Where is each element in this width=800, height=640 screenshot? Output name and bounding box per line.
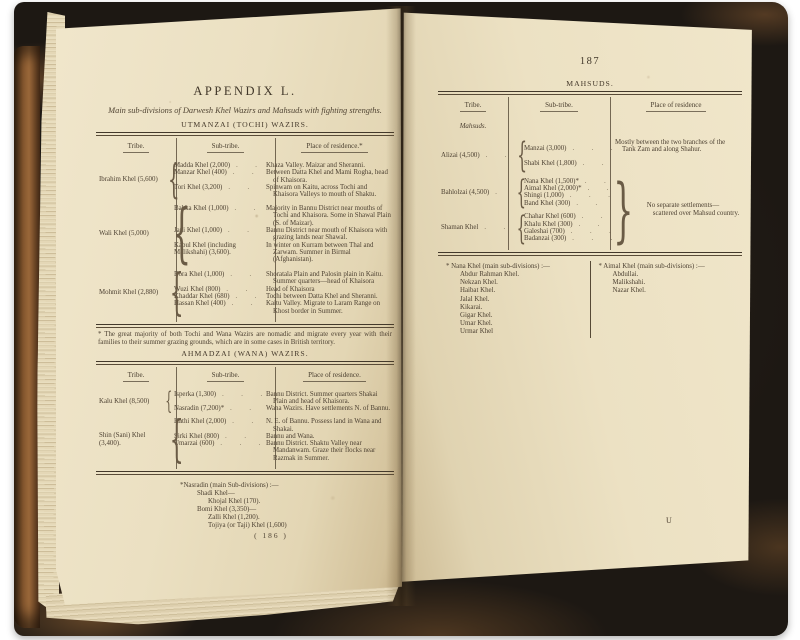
header-cell: Place of residence bbox=[610, 101, 742, 112]
footnote-title: * Nana Khel (main sub-divisions) :— bbox=[446, 263, 590, 271]
appendix-title: APPENDIX L. bbox=[96, 84, 394, 99]
header-label: Place of residence bbox=[646, 101, 707, 112]
footnote-item: Kikarai. bbox=[446, 304, 590, 312]
place-cell: Between Datta Khel and Mami Rogha, head … bbox=[264, 169, 394, 184]
table-title-utmanzai: UTMANZAI (TOCHI) WAZIRS. bbox=[96, 120, 394, 129]
table-title-ahmadzai: AHMADZAI (WANA) WAZIRS. bbox=[96, 349, 394, 358]
leader-dots bbox=[577, 160, 613, 167]
leader-dots bbox=[224, 271, 262, 278]
ahmadzai-table: Tribe.Sub-tribe.Place of residence.Kalu … bbox=[96, 361, 394, 475]
sub-tribe-name: Aimal Khel (2,000)* bbox=[524, 185, 582, 192]
header-label: Place of residence.* bbox=[301, 142, 367, 153]
family-label-row: Mahsuds. bbox=[438, 123, 742, 130]
place-cell: Bannu District. Summer quarters Shakai P… bbox=[264, 391, 394, 406]
place-cell: Head of Khaisora bbox=[264, 286, 394, 293]
brace-decoration: { bbox=[161, 202, 172, 267]
left-page-number: ( 186 ) bbox=[180, 532, 362, 540]
opening-brace: { bbox=[517, 212, 526, 244]
table-bottom-rule bbox=[96, 471, 394, 475]
mahsuds-table: Tribe.Sub-tribe.Place of residenceMahsud… bbox=[438, 91, 742, 256]
leader-dots bbox=[220, 286, 262, 293]
table-row: Nana Khel (1,500)* bbox=[522, 178, 613, 185]
right-page-content: 187 MAHSUDS. Tribe.Sub-tribe.Place of re… bbox=[438, 56, 742, 338]
signature-mark: U bbox=[666, 516, 672, 525]
sub-tribe-name: Khalu Khel (300) bbox=[524, 221, 573, 228]
table-row: Shingi (1,000) bbox=[522, 192, 613, 199]
header-cell: Place of residence.* bbox=[275, 142, 394, 153]
sub-tribe-cell: Isperka (1,300) bbox=[172, 391, 264, 406]
sub-tribe-cell: Sirki Khel (800) bbox=[172, 433, 264, 440]
table-header-row: Tribe.Sub-tribe.Place of residence.* bbox=[96, 138, 394, 157]
inter-table-footnote: * The great majority of both Tochi and W… bbox=[98, 331, 392, 346]
tribe-cell: Wali Khel (5,000) bbox=[96, 202, 161, 267]
table-row: Isperka (1,300)Bannu District. Summer qu… bbox=[172, 391, 394, 406]
table-row: Bakka Khel (1,000)Majority in Bannu Dist… bbox=[172, 205, 394, 227]
leader-dots bbox=[226, 418, 262, 425]
tribe-label: Shaman Khel bbox=[441, 224, 478, 232]
sub-tribe-name: Chahar Khel (600) bbox=[524, 213, 576, 220]
sub-tribe-rows: Manzai (3,000)Shabi Khel (1,800) bbox=[522, 139, 613, 174]
left-page: APPENDIX L. Main sub-divisions of Darwes… bbox=[56, 6, 402, 606]
leader-dots bbox=[230, 293, 263, 300]
table-row: Manzar Khel (400)Between Datta Khel and … bbox=[172, 169, 394, 184]
tribe-cell: Alizai (4,500) bbox=[438, 139, 511, 174]
header-label: Sub-tribe. bbox=[207, 371, 245, 382]
tribe-group: Kalu Khel (8,500){Isperka (1,300)Bannu D… bbox=[96, 389, 394, 414]
header-cell: Place of residence. bbox=[275, 371, 394, 382]
sub-tribe-name: Badanzai (300) bbox=[524, 235, 566, 242]
table-row: Khalu Khel (300) bbox=[522, 221, 613, 228]
place-cell: In winter on Kurram between Thal and Zar… bbox=[264, 242, 394, 264]
sub-tribe-rows: Hathi Khel (2,000)N. E. of Bannu. Posses… bbox=[172, 415, 394, 464]
tribe-cell: Shaman Khel bbox=[438, 212, 511, 244]
table-top-rule bbox=[438, 91, 742, 95]
opening-brace: { bbox=[170, 415, 184, 464]
family-label: Mahsuds. bbox=[438, 123, 508, 130]
header-label: Tribe. bbox=[123, 371, 150, 382]
tribe-label: Shin (Sani) Khel (3,400). bbox=[99, 432, 161, 448]
table-row: Galeshai (700) bbox=[522, 228, 613, 235]
table-top-rule bbox=[96, 132, 394, 136]
leader-dots bbox=[222, 227, 262, 234]
table-bottom-rule bbox=[438, 252, 742, 256]
footnote-item: Bomi Khel (3,350)— bbox=[180, 506, 362, 514]
brace-decoration: { bbox=[511, 212, 522, 244]
table-row: Chahar Khel (600) bbox=[522, 213, 613, 220]
brace-decoration: { bbox=[511, 176, 522, 208]
tribe-cell: Bahlolzai (4,500) bbox=[438, 176, 511, 208]
tribe-group: Shin (Sani) Khel (3,400).{Hathi Khel (2,… bbox=[96, 415, 394, 464]
sub-tribe-name: Madda Khel (2,000) bbox=[174, 162, 230, 169]
spine-leather bbox=[14, 46, 40, 628]
table-row: Hathi Khel (2,000)N. E. of Bannu. Posses… bbox=[172, 418, 394, 433]
footnote-item: Abdullai. bbox=[599, 271, 743, 279]
table-header-row: Tribe.Sub-tribe.Place of residence. bbox=[96, 367, 394, 386]
leader-dots bbox=[226, 300, 262, 307]
place-cell: Tochi between Datta Khel and Sheranni. bbox=[264, 293, 394, 300]
table-grid: Tribe.Sub-tribe.Place of residenceMahsud… bbox=[438, 97, 742, 250]
table-row: Sirki Khel (800)Bannu and Wana. bbox=[172, 433, 394, 440]
header-cell: Sub-tribe. bbox=[176, 142, 275, 153]
table-row: Umarzai (600)Bannu District. Shaktu Vall… bbox=[172, 440, 394, 462]
shared-place-group: }No separate settlements—scattered over … bbox=[601, 177, 742, 244]
tribe-group: Ibrahim Khel (5,600){Madda Khel (2,000)K… bbox=[96, 160, 394, 200]
leader-dots bbox=[478, 224, 511, 231]
header-label: Sub-tribe. bbox=[540, 101, 578, 112]
tribe-group: Mohmit Khel (2,880){Bora Khel (1,000)Sho… bbox=[96, 268, 394, 317]
table-row: Shabi Khel (1,800) bbox=[522, 160, 613, 167]
header-label: Place of residence. bbox=[303, 371, 366, 382]
footnote-item: Urmar Khel bbox=[446, 328, 590, 336]
shared-place-cell: No separate settlements—scattered over M… bbox=[646, 202, 742, 217]
photo-background: APPENDIX L. Main sub-divisions of Darwes… bbox=[0, 0, 800, 640]
subtitle-text: Main sub-divisions of Darwesh Khel Wazir… bbox=[96, 105, 394, 116]
footnote-item: Tojiya (or Taji) Khel (1,600) bbox=[180, 522, 362, 530]
utmanzai-table: Tribe.Sub-tribe.Place of residence.*Ibra… bbox=[96, 132, 394, 328]
sub-tribe-cell: Hassan Khel (400) bbox=[172, 300, 264, 315]
sub-tribe-rows: Bora Khel (1,000)Shoratala Plain and Pal… bbox=[172, 268, 394, 317]
place-cell: Mostly between the two branches of the T… bbox=[613, 139, 742, 154]
table-row: Aimal Khel (2,000)* bbox=[522, 185, 613, 192]
sub-tribe-name: Nana Khel (1,500)* bbox=[524, 178, 579, 185]
footnote-item: Nekzan Khel. bbox=[446, 279, 590, 287]
table-row: Bora Khel (1,000)Shoratala Plain and Pal… bbox=[172, 271, 394, 286]
sub-tribe-cell: Hathi Khel (2,000) bbox=[172, 418, 264, 433]
brace-decoration: { bbox=[161, 160, 172, 200]
header-cell: Tribe. bbox=[438, 101, 508, 112]
sub-tribe-rows: Nana Khel (1,500)*Aimal Khel (2,000)*Shi… bbox=[522, 176, 613, 208]
footnote-item: Nazar Khel. bbox=[599, 287, 743, 295]
sub-tribe-cell: Nasradin (7,200)* bbox=[172, 405, 264, 412]
footnote-item: Haibat Khel. bbox=[446, 287, 590, 295]
table-row: Khaddar Khel (680)Tochi between Datta Kh… bbox=[172, 293, 394, 300]
tribe-cell: Mohmit Khel (2,880) bbox=[96, 268, 161, 317]
place-cell: Wana Wazirs. Have settlements N. of Bann… bbox=[264, 405, 394, 412]
place-cell: Bannu District. Shaktu Valley near Manda… bbox=[264, 440, 394, 462]
tribe-label: Bahlolzai (4,500) bbox=[441, 189, 489, 197]
table-body: Ibrahim Khel (5,600){Madda Khel (2,000)K… bbox=[96, 157, 394, 323]
opening-brace: { bbox=[517, 139, 527, 174]
tribe-label: Alizai (4,500) bbox=[441, 152, 480, 160]
sub-tribe-cell: Madda Khel (2,000) bbox=[172, 162, 264, 169]
sub-tribe-name: Manzai (3,000) bbox=[524, 145, 566, 152]
right-page-number: 187 bbox=[438, 56, 742, 67]
brace-decoration: { bbox=[161, 415, 172, 464]
leader-dots bbox=[229, 205, 262, 212]
leader-dots bbox=[219, 433, 262, 440]
sub-tribe-cell: Bora Khel (1,000) bbox=[172, 271, 264, 286]
left-page-content: APPENDIX L. Main sub-divisions of Darwes… bbox=[96, 84, 394, 540]
footnote-item: Gigar Khel. bbox=[446, 312, 590, 320]
table-row: Band Khel (300) bbox=[522, 200, 613, 207]
table-row: Tori Khel (3,200)Spinwam on Kaitu, acros… bbox=[172, 184, 394, 199]
footnote-item: Jalal Khel. bbox=[446, 296, 590, 304]
closing-brace: } bbox=[613, 175, 633, 245]
leader-dots bbox=[224, 405, 262, 412]
sub-tribe-rows: Chahar Khel (600)Khalu Khel (300)Galesha… bbox=[522, 212, 613, 244]
tribe-label: Kalu Khel (8,500) bbox=[99, 398, 149, 406]
table-row: Kabul Khel (including Malikshahi) (3,600… bbox=[172, 242, 394, 264]
table-body: Kalu Khel (8,500){Isperka (1,300)Bannu D… bbox=[96, 386, 394, 469]
place-cell: Khaza Valley. Maizar and Sheranni. bbox=[264, 162, 394, 169]
header-cell: Sub-tribe. bbox=[176, 371, 275, 382]
place-cell: Kaitu Valley. Migrate to Laram Range on … bbox=[264, 300, 394, 315]
nasradin-footnote: *Nasradin (main Sub-divisions) :— Shadi … bbox=[180, 482, 362, 539]
leader-dots bbox=[230, 162, 262, 169]
header-cell: Tribe. bbox=[96, 371, 176, 382]
sub-tribe-cell: Khaddar Khel (680) bbox=[172, 293, 264, 300]
table-row: Hassan Khel (400)Kaitu Valley. Migrate t… bbox=[172, 300, 394, 315]
place-cell: Bannu and Wana. bbox=[264, 433, 394, 440]
brace-decoration: { bbox=[161, 268, 172, 317]
sub-tribe-cell: Manzar Khel (400) bbox=[172, 169, 264, 184]
table-grid: Tribe.Sub-tribe.Place of residence.Kalu … bbox=[96, 367, 394, 469]
footnote-item: Malikshahi. bbox=[599, 279, 743, 287]
place-cell: Majority in Bannu District near mouths o… bbox=[264, 205, 394, 227]
tribe-cell: Kalu Khel (8,500) bbox=[96, 389, 161, 414]
footnote-column: * Nana Khel (main sub-divisions) :—Abdur… bbox=[438, 261, 591, 338]
sub-tribe-name: Shingi (1,000) bbox=[524, 192, 564, 199]
footnote-item: Khojal Khel (170). bbox=[180, 498, 362, 506]
brace-decoration: { bbox=[511, 139, 522, 174]
sub-tribe-name: Galeshai (700) bbox=[524, 228, 565, 235]
tribe-label: Mohmit Khel (2,880) bbox=[99, 289, 158, 297]
header-cell: Sub-tribe. bbox=[508, 101, 610, 112]
header-cell: Tribe. bbox=[96, 142, 176, 153]
leader-dots bbox=[227, 169, 262, 176]
tribe-cell: Shin (Sani) Khel (3,400). bbox=[96, 415, 161, 464]
place-cell: Bannu District near mouth of Khaisora wi… bbox=[264, 227, 394, 242]
header-label: Tribe. bbox=[123, 142, 150, 153]
table-row: Jani Khel (1,000)Bannu District near mou… bbox=[172, 227, 394, 242]
mahsuds-footnotes: * Nana Khel (main sub-divisions) :—Abdur… bbox=[438, 261, 742, 338]
sub-tribe-name: Band Khel (300) bbox=[524, 200, 570, 207]
table-row: Wuzi Khel (800)Head of Khaisora bbox=[172, 286, 394, 293]
footnote-title: *Nasradin (main Sub-divisions) :— bbox=[180, 482, 362, 490]
place-cell: Spinwam on Kaitu, across Tochi and Khais… bbox=[264, 184, 394, 199]
table-grid: Tribe.Sub-tribe.Place of residence.*Ibra… bbox=[96, 138, 394, 322]
leader-dots bbox=[566, 145, 613, 152]
footnote-title: * Aimal Khel (main sub-divisions) :— bbox=[599, 263, 743, 271]
sub-tribe-name: Shabi Khel (1,800) bbox=[524, 160, 577, 167]
leader-dots bbox=[216, 391, 262, 398]
table-row: Nasradin (7,200)*Wana Wazirs. Have settl… bbox=[172, 405, 394, 412]
opening-brace: { bbox=[170, 268, 184, 317]
footnote-item: Zalli Khel (1,200). bbox=[180, 514, 362, 522]
leader-dots bbox=[489, 189, 511, 196]
sub-tribe-rows: Madda Khel (2,000)Khaza Valley. Maizar a… bbox=[172, 160, 394, 200]
opening-brace: { bbox=[168, 160, 180, 200]
table-title-mahsuds: MAHSUDS. bbox=[438, 79, 742, 88]
footnote-item: Shadi Khel— bbox=[180, 490, 362, 498]
table-header-row: Tribe.Sub-tribe.Place of residence bbox=[438, 97, 742, 116]
footnote-item: Abdur Rahman Khel. bbox=[446, 271, 590, 279]
table-body: Mahsuds.Alizai (4,500){Manzai (3,000)Sha… bbox=[438, 116, 742, 251]
tribe-label: Ibrahim Khel (5,600) bbox=[99, 176, 158, 184]
leader-dots bbox=[222, 184, 262, 191]
opening-brace: { bbox=[172, 202, 191, 267]
table-top-rule bbox=[96, 361, 394, 365]
leader-dots bbox=[480, 152, 511, 159]
tribe-group: Wali Khel (5,000){Bakka Khel (1,000)Majo… bbox=[96, 202, 394, 267]
sub-tribe-cell: Umarzai (600) bbox=[172, 440, 264, 462]
table-bottom-rule bbox=[96, 324, 394, 328]
right-page: 187 MAHSUDS. Tribe.Sub-tribe.Place of re… bbox=[402, 8, 754, 584]
sub-tribe-name: Isperka (1,300) bbox=[174, 391, 216, 406]
tribe-group: Alizai (4,500){Manzai (3,000)Shabi Khel … bbox=[438, 139, 742, 174]
tribe-cell: Ibrahim Khel (5,600) bbox=[96, 160, 161, 200]
opening-brace: { bbox=[517, 176, 526, 208]
header-label: Sub-tribe. bbox=[207, 142, 245, 153]
sub-tribe-rows: Isperka (1,300)Bannu District. Summer qu… bbox=[172, 389, 394, 414]
table-row: Manzai (3,000) bbox=[522, 145, 613, 152]
footnote-lines: Shadi Khel—Khojal Khel (170).Bomi Khel (… bbox=[180, 490, 362, 530]
sub-tribe-name: Manzar Khel (400) bbox=[174, 169, 227, 184]
header-label: Tribe. bbox=[460, 101, 487, 112]
tribe-label: Wali Khel (5,000) bbox=[99, 230, 149, 238]
table-row: Badanzai (300) bbox=[522, 235, 613, 242]
place-cell: Shoratala Plain and Palosin plain in Kai… bbox=[264, 271, 394, 286]
sub-tribe-rows: Bakka Khel (1,000)Majority in Bannu Dist… bbox=[172, 202, 394, 267]
sub-tribe-cell: Wuzi Khel (800) bbox=[172, 286, 264, 293]
place-cell: N. E. of Bannu. Possess land in Wana and… bbox=[264, 418, 394, 433]
footnote-column: * Aimal Khel (main sub-divisions) :—Abdu… bbox=[591, 261, 743, 338]
footnote-item: Umar Khel. bbox=[446, 320, 590, 328]
table-row: Madda Khel (2,000)Khaza Valley. Maizar a… bbox=[172, 162, 394, 169]
leader-dots bbox=[214, 440, 262, 447]
